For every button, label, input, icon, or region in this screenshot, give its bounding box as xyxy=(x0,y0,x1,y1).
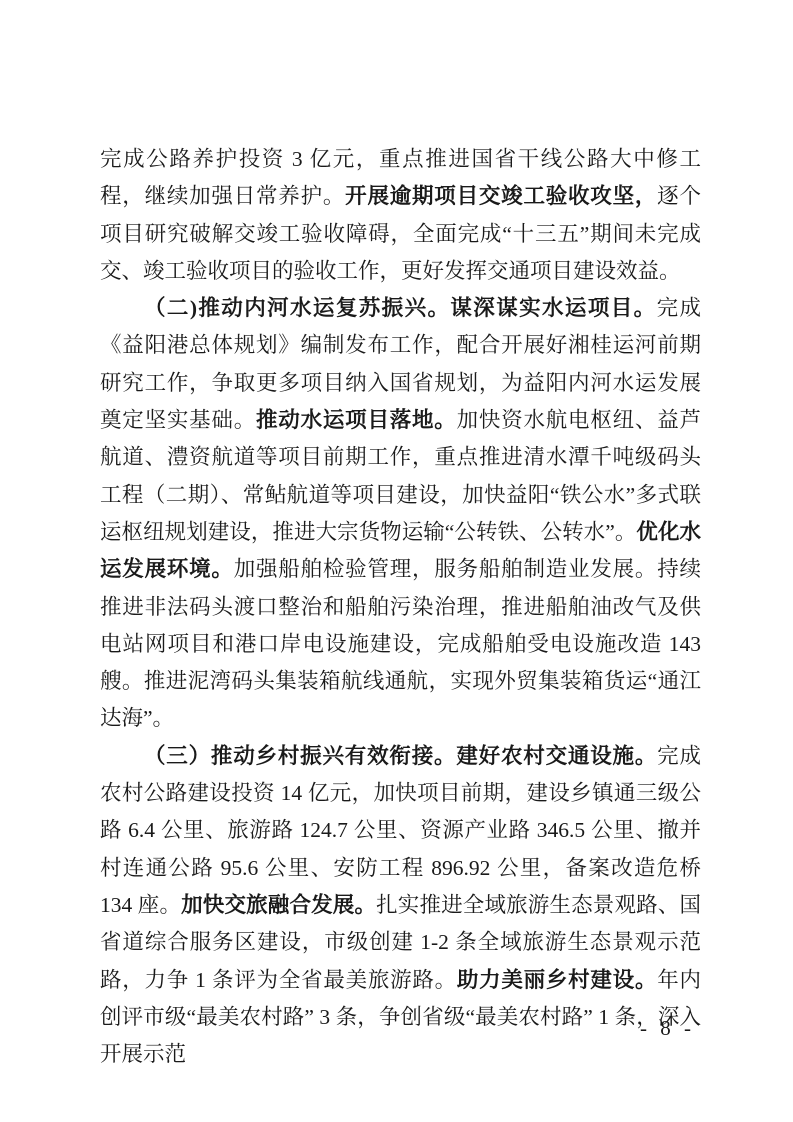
emphasis-text: 开展逾期项目交竣工验收攻坚， xyxy=(345,184,657,208)
body-text: 完成农村公路建设投资 14 亿元，加快项目前期，建设乡镇通三级公路 6.4 公里… xyxy=(100,744,701,917)
page-number: - 8 - xyxy=(640,1016,695,1041)
body-text: 加强船舶检验管理，服务船舶制造业发展。持续推进非法码头渡口整治和船舶污染治理，推… xyxy=(100,557,701,730)
emphasis-text: 加快交旅融合发展。 xyxy=(181,893,376,917)
paragraph: 完成公路养护投资 3 亿元，重点推进国省干线公路大中修工程，继续加强日常养护。开… xyxy=(100,141,701,290)
emphasis-text: （三）推动乡村振兴有效衔接。建好农村交通设施。 xyxy=(144,744,657,768)
document-body: 完成公路养护投资 3 亿元，重点推进国省干线公路大中修工程，继续加强日常养护。开… xyxy=(100,141,701,1073)
emphasis-text: （二)推动内河水运复苏振兴。谋深谋实水运项目。 xyxy=(144,296,657,320)
document-page: 完成公路养护投资 3 亿元，重点推进国省干线公路大中修工程，继续加强日常养护。开… xyxy=(0,0,793,1122)
paragraph: （三）推动乡村振兴有效衔接。建好农村交通设施。完成农村公路建设投资 14 亿元，… xyxy=(100,738,701,1074)
paragraph: （二)推动内河水运复苏振兴。谋深谋实水运项目。完成《益阳港总体规划》编制发布工作… xyxy=(100,290,701,738)
emphasis-text: 助力美丽乡村建设。 xyxy=(457,968,657,992)
emphasis-text: 推动水运项目落地。 xyxy=(256,408,457,432)
